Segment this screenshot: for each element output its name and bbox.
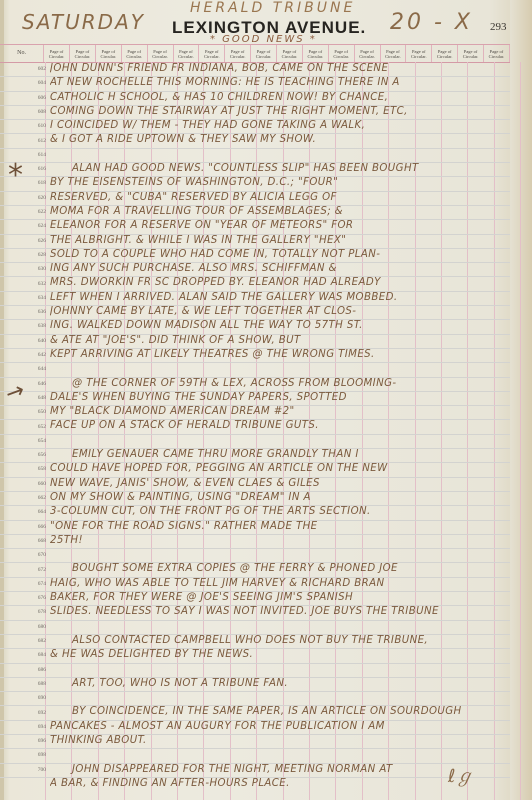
handwritten-line: FACE UP ON A STACK OF HERALD TRIBUNE GUT… [50, 419, 510, 433]
row-number: 698 [30, 752, 46, 758]
column-header-page-of-circular: Page of Circular. [432, 45, 458, 62]
handwritten-line: MY "BLACK DIAMOND AMERICAN DREAM #2" [50, 405, 510, 419]
column-rule [520, 62, 521, 800]
handwritten-line [50, 748, 510, 762]
handwritten-line: KEPT ARRIVING AT LIKELY THEATRES @ THE W… [50, 348, 510, 362]
row-number: 630 [30, 266, 46, 272]
column-header-page-of-circular: Page of Circular. [44, 45, 70, 62]
handwritten-line: PANCAKES - ALMOST AN AUGURY FOR THE PUBL… [50, 720, 510, 734]
row-number: 680 [30, 624, 46, 630]
row-number: 688 [30, 681, 46, 687]
handwritten-line: SLIDES. NEEDLESS TO SAY I WAS NOT INVITE… [50, 605, 510, 619]
handwritten-line: ALSO CONTACTED CAMPBELL WHO DOES NOT BUY… [50, 634, 510, 648]
row-number: 642 [30, 352, 46, 358]
column-header-page-of-circular: Page of Circular. [122, 45, 148, 62]
handwritten-line: & ATE AT "JOE'S". DID THINK OF A SHOW, B… [50, 334, 510, 348]
handwritten-line: @ THE CORNER OF 59TH & LEX, ACROSS FROM … [50, 377, 510, 391]
row-number: 658 [30, 466, 46, 472]
ledger-page: SATURDAY HERALD TRIBUNE LEXINGTON AVENUE… [0, 0, 532, 800]
handwritten-paper-name: HERALD TRIBUNE [190, 0, 355, 16]
row-number: 684 [30, 652, 46, 658]
handwritten-line: CATHOLIC H SCHOOL, & HAS 10 CHILDREN NOW… [50, 91, 510, 105]
row-number: 668 [30, 538, 46, 544]
row-number: 674 [30, 581, 46, 587]
column-header-row: No. Page of Circular.Page of Circular.Pa… [0, 44, 510, 63]
handwritten-line: & HE WAS DELIGHTED BY THE NEWS. [50, 648, 510, 662]
row-number: 646 [30, 381, 46, 387]
handwritten-line: ART, TOO, WHO IS NOT A TRIBUNE FAN. [50, 677, 510, 691]
row-number: 682 [30, 638, 46, 644]
row-number: 654 [30, 438, 46, 444]
row-number: 610 [30, 123, 46, 129]
handwritten-line: & I GOT A RIDE UPTOWN & THEY SAW MY SHOW… [50, 133, 510, 147]
handwritten-line: COMING DOWN THE STAIRWAY AT JUST THE RIG… [50, 105, 510, 119]
handwritten-line: JOHN DUNN'S FRIEND FR INDIANA, BOB, CAME… [50, 62, 510, 76]
row-number: 614 [30, 152, 46, 158]
row-number: 672 [30, 567, 46, 573]
handwritten-line: NEW WAVE, JANIS' SHOW, & EVEN CLAES & GI… [50, 477, 510, 491]
handwritten-line [50, 362, 510, 376]
row-number: 608 [30, 109, 46, 115]
handwritten-line: 3-COLUMN CUT, ON THE FRONT PG OF THE ART… [50, 505, 510, 519]
row-number: 618 [30, 180, 46, 186]
column-header-page-of-circular: Page of Circular. [277, 45, 303, 62]
row-number: 676 [30, 595, 46, 601]
handwritten-line: A BAR, & FINDING AN AFTER-HOURS PLACE. [50, 777, 510, 791]
handwritten-line [50, 691, 510, 705]
row-number: 634 [30, 295, 46, 301]
column-header-page-of-circular: Page of Circular. [251, 45, 277, 62]
handwritten-line [50, 662, 510, 676]
column-header-page-of-circular: Page of Circular. [148, 45, 174, 62]
handwritten-line: MOMA FOR A TRAVELLING TOUR OF ASSEMBLAGE… [50, 205, 510, 219]
handwritten-line: SOLD TO A COUPLE WHO HAD COME IN, TOTALL… [50, 248, 510, 262]
row-number: 606 [30, 95, 46, 101]
handwritten-line: BAKER, FOR THEY WERE @ JOE'S SEEING JIM'… [50, 591, 510, 605]
column-header-page-of-circular: Page of Circular. [458, 45, 484, 62]
handwritten-line: JOHNNY CAME BY LATE, & WE LEFT TOGETHER … [50, 305, 510, 319]
handwritten-line: ING. WALKED DOWN MADISON ALL THE WAY TO … [50, 319, 510, 333]
handwritten-line: RESERVED, & "CUBA" RESERVED BY ALICIA LE… [50, 191, 510, 205]
page-header: SATURDAY HERALD TRIBUNE LEXINGTON AVENUE… [0, 0, 532, 44]
column-header-page-of-circular: Page of Circular. [484, 45, 510, 62]
row-number: 604 [30, 80, 46, 86]
row-number: 692 [30, 710, 46, 716]
row-number: 626 [30, 238, 46, 244]
column-header-page-of-circular: Page of Circular. [96, 45, 122, 62]
handwritten-line [50, 548, 510, 562]
row-number: 638 [30, 323, 46, 329]
handwritten-line [50, 148, 510, 162]
row-number: 624 [30, 223, 46, 229]
row-number: 686 [30, 667, 46, 673]
row-number: 664 [30, 509, 46, 515]
row-number: 650 [30, 409, 46, 415]
handwritten-line [50, 434, 510, 448]
handwritten-line: 25TH! [50, 534, 510, 548]
handwritten-line: ING ANY SUCH PURCHASE. ALSO MRS. SCHIFFM… [50, 262, 510, 276]
handwritten-line: BY COINCIDENCE, IN THE SAME PAPER, IS AN… [50, 705, 510, 719]
row-number: 636 [30, 309, 46, 315]
handwritten-line: I COINCIDED W/ THEM - THEY HAD GONE TAKI… [50, 119, 510, 133]
handwritten-line: HAIG, WHO WAS ABLE TO TELL JIM HARVEY & … [50, 577, 510, 591]
row-number: 620 [30, 195, 46, 201]
handwritten-day: SATURDAY [22, 10, 145, 34]
handwritten-line: ALAN HAD GOOD NEWS. "COUNTLESS SLIP" HAS… [50, 162, 510, 176]
row-number: 644 [30, 366, 46, 372]
column-header-page-of-circular: Page of Circular. [381, 45, 407, 62]
column-header-page-of-circular: Page of Circular. [199, 45, 225, 62]
row-number: 656 [30, 452, 46, 458]
row-number: 632 [30, 281, 46, 287]
page-number: 293 [490, 21, 507, 33]
row-number: 662 [30, 495, 46, 501]
column-header-page-of-circular: Page of Circular. [406, 45, 432, 62]
row-number: 696 [30, 738, 46, 744]
row-number: 628 [30, 252, 46, 258]
handwritten-line: ON MY SHOW & PAINTING, USING "DREAM" IN … [50, 491, 510, 505]
column-header-page-of-circular: Page of Circular. [225, 45, 251, 62]
row-number: 648 [30, 395, 46, 401]
row-number: 622 [30, 209, 46, 215]
handwritten-line: JOHN DISAPPEARED FOR THE NIGHT, MEETING … [50, 763, 510, 777]
handwritten-line: THE ALBRIGHT. & WHILE I WAS IN THE GALLE… [50, 234, 510, 248]
row-number: 678 [30, 609, 46, 615]
row-number: 666 [30, 524, 46, 530]
row-number: 640 [30, 338, 46, 344]
handwritten-line: BY THE EISENSTEINS OF WASHINGTON, D.C.; … [50, 176, 510, 190]
handwritten-line: THINKING ABOUT. [50, 734, 510, 748]
row-number: 690 [30, 695, 46, 701]
column-header-page-of-circular: Page of Circular. [70, 45, 96, 62]
row-number: 652 [30, 424, 46, 430]
handwritten-date: 20 - X [390, 10, 473, 35]
handwritten-line: MRS. DWORKIN FR SC DROPPED BY. ELEANOR H… [50, 276, 510, 290]
column-header-page-of-circular: Page of Circular. [329, 45, 355, 62]
handwritten-line [50, 620, 510, 634]
row-number: 694 [30, 724, 46, 730]
row-number: 616 [30, 166, 46, 172]
initials-signature: ℓℊ [448, 762, 473, 788]
handwritten-line: DALE'S WHEN BUYING THE SUNDAY PAPERS, SP… [50, 391, 510, 405]
handwritten-line: BOUGHT SOME EXTRA COPIES @ THE FERRY & P… [50, 562, 510, 576]
handwritten-line: "ONE FOR THE ROAD SIGNS." RATHER MADE TH… [50, 520, 510, 534]
row-number: 612 [30, 138, 46, 144]
column-header-page-of-circular: Page of Circular. [355, 45, 381, 62]
handwritten-line: LEFT WHEN I ARRIVED. ALAN SAID THE GALLE… [50, 291, 510, 305]
row-number: 660 [30, 481, 46, 487]
row-number: 602 [30, 66, 46, 72]
row-number: 700 [30, 767, 46, 773]
handwritten-line: ELEANOR FOR A RESERVE ON "YEAR OF METEOR… [50, 219, 510, 233]
handwritten-line: EMILY GENAUER CAME THRU MORE GRANDLY THA… [50, 448, 510, 462]
handwritten-line: COULD HAVE HOPED FOR, PEGGING AN ARTICLE… [50, 462, 510, 476]
column-header-page-of-circular: Page of Circular. [303, 45, 329, 62]
handwritten-entry: JOHN DUNN'S FRIEND FR INDIANA, BOB, CAME… [50, 62, 510, 791]
column-header-page-of-circular: Page of Circular. [174, 45, 200, 62]
star-margin-mark-icon: * [8, 158, 23, 193]
row-number: 670 [30, 552, 46, 558]
column-header-no: No. [0, 45, 44, 62]
handwritten-line: AT NEW ROCHELLE THIS MORNING: HE IS TEAC… [50, 76, 510, 90]
